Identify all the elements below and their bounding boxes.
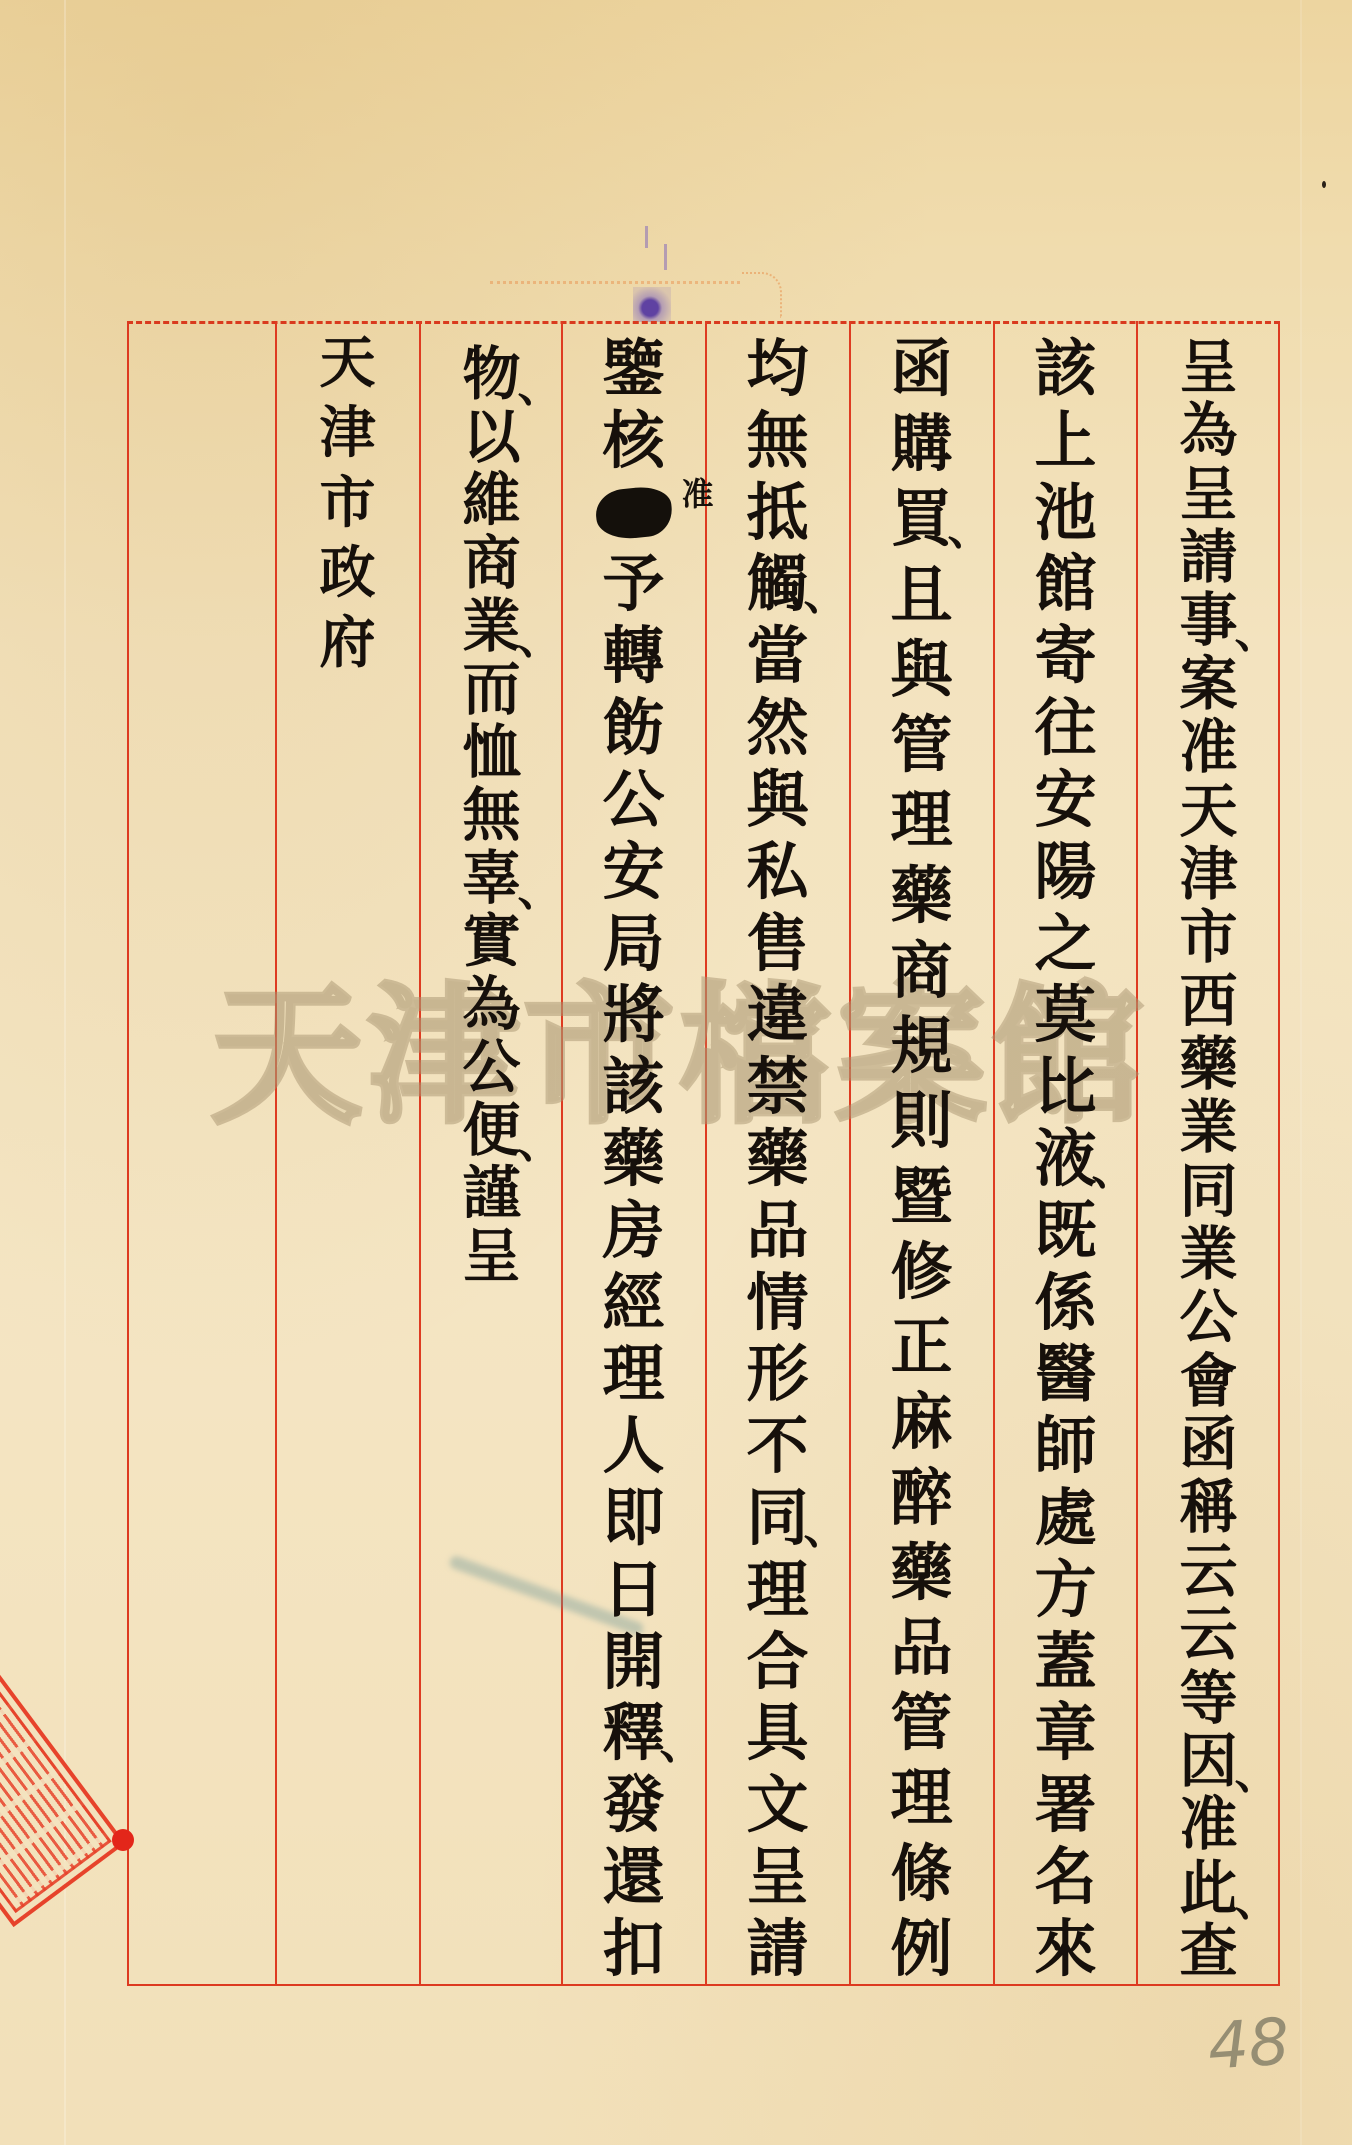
handwritten-character: 府 <box>292 615 404 671</box>
handwritten-character: 無 <box>436 786 548 844</box>
handwritten-character: 私 <box>722 841 834 903</box>
handwritten-character: 與 <box>722 769 834 831</box>
handwritten-character: 藥 <box>722 1128 834 1190</box>
handwritten-character: 會 <box>1153 1352 1265 1410</box>
handwritten-character: 鑒 <box>578 338 690 400</box>
handwritten-character: 呈 <box>436 1227 548 1285</box>
handwritten-character: 售 <box>722 913 834 975</box>
handwritten-character: 市 <box>292 475 404 531</box>
handwritten-character: 天 <box>292 335 404 391</box>
handwritten-character: 業 <box>1153 1225 1265 1283</box>
handwritten-character: 商 <box>436 534 548 592</box>
handwritten-character: 方 <box>1010 1559 1122 1621</box>
handwritten-character: 名 <box>1010 1846 1122 1908</box>
handwritten-character: 業 <box>1153 1098 1265 1156</box>
handwritten-character: 為 <box>436 975 548 1033</box>
violet-stamp-trace <box>664 244 667 270</box>
handwritten-character: 案 <box>1153 655 1265 713</box>
handwritten-character: 准 <box>1153 1795 1265 1853</box>
handwritten-character: 呈 <box>1153 338 1265 396</box>
marginal-correction: 准 <box>682 478 714 510</box>
handwritten-character: 館 <box>1010 553 1122 615</box>
handwritten-character: 正 <box>866 1316 978 1378</box>
handwritten-character: 呈 <box>722 1846 834 1908</box>
handwritten-character: 發 <box>578 1774 690 1836</box>
handwritten-character: 抵 <box>722 482 834 544</box>
handwritten-character: 無 <box>722 410 834 472</box>
punctuation-mark: 、 <box>1092 1148 1136 1192</box>
handwritten-character: 物、 <box>436 345 548 403</box>
handwritten-character: 因、 <box>1153 1732 1265 1790</box>
handwritten-character: 而 <box>436 660 548 718</box>
handwritten-character: 同 <box>1153 1162 1265 1220</box>
handwritten-character: 准 <box>1153 718 1265 776</box>
handwritten-character: 函 <box>1153 1415 1265 1473</box>
document-page: 天津市檔案館 呈為呈請事、案准天津市西藥業同業公會函稱云云等因、准此、查 該上池… <box>0 0 1352 2145</box>
handwritten-character: 局 <box>578 913 690 975</box>
handwritten-character: 具 <box>722 1702 834 1764</box>
handwritten-character: 既 <box>1010 1200 1122 1262</box>
handwritten-character: 池 <box>1010 482 1122 544</box>
handwritten-character: 品 <box>866 1617 978 1679</box>
red-seal-stamp <box>0 1603 126 1927</box>
handwritten-character: 均 <box>722 338 834 400</box>
struck-out-character: 准 <box>578 482 690 544</box>
handwritten-character: 係 <box>1010 1272 1122 1334</box>
handwritten-character: 事、 <box>1153 591 1265 649</box>
handwritten-character: 莫 <box>1010 984 1122 1046</box>
handwritten-character: 請 <box>1153 528 1265 586</box>
punctuation-mark: 、 <box>518 869 562 913</box>
seal-ink-blot <box>112 1829 134 1851</box>
handwritten-character: 開 <box>578 1631 690 1693</box>
handwritten-character: 寄 <box>1010 625 1122 687</box>
handwritten-character: 日 <box>578 1559 690 1621</box>
handwritten-character: 買、 <box>866 488 978 550</box>
handwritten-character: 還 <box>578 1846 690 1908</box>
punctuation-mark: 、 <box>1235 1752 1279 1796</box>
handwritten-character: 理 <box>722 1559 834 1621</box>
handwritten-character: 違 <box>722 984 834 1046</box>
handwritten-character: 釋、 <box>578 1702 690 1764</box>
ink-blot <box>593 484 674 542</box>
handwritten-character: 章 <box>1010 1702 1122 1764</box>
handwritten-character: 來 <box>1010 1918 1122 1980</box>
violet-stamp-mark <box>633 287 671 322</box>
punctuation-mark: 、 <box>1235 611 1279 655</box>
punctuation-mark: 、 <box>804 1507 848 1551</box>
handwritten-character: 人 <box>578 1415 690 1477</box>
handwritten-character: 請 <box>722 1918 834 1980</box>
handwritten-character: 該 <box>1010 338 1122 400</box>
handwritten-character: 天 <box>1153 782 1265 840</box>
handwritten-character: 液、 <box>1010 1128 1122 1190</box>
handwritten-character: 該 <box>578 1056 690 1118</box>
handwritten-character: 藥 <box>578 1128 690 1190</box>
handwritten-character: 理 <box>578 1343 690 1405</box>
handwritten-character: 例 <box>866 1918 978 1980</box>
handwritten-character: 即 <box>578 1487 690 1549</box>
handwritten-character: 津 <box>1153 845 1265 903</box>
handwritten-character: 師 <box>1010 1415 1122 1477</box>
handwritten-character: 蓋 <box>1010 1631 1122 1693</box>
handwritten-character: 云 <box>1153 1542 1265 1600</box>
punctuation-mark: 、 <box>1235 1879 1279 1923</box>
handwritten-character: 管 <box>866 714 978 776</box>
handwritten-character: 商 <box>866 940 978 1002</box>
handwritten-character: 然 <box>722 697 834 759</box>
text-column-4: 均無抵觸、當然與私售違禁藥品情形不同、理合具文呈請 <box>706 338 849 1980</box>
handwritten-character: 觸、 <box>722 553 834 615</box>
handwritten-character: 予 <box>578 553 690 615</box>
handwritten-character: 等 <box>1153 1669 1265 1727</box>
handwritten-character: 呈 <box>1153 465 1265 523</box>
handwritten-character: 購 <box>866 413 978 475</box>
handwritten-character: 禁 <box>722 1056 834 1118</box>
handwritten-character: 則 <box>866 1090 978 1152</box>
handwritten-character: 暨 <box>866 1166 978 1228</box>
page-number: 48 <box>1206 2007 1292 2083</box>
handwritten-character: 比 <box>1010 1056 1122 1118</box>
handwritten-character: 西 <box>1153 972 1265 1030</box>
handwritten-character: 陽 <box>1010 841 1122 903</box>
handwritten-character: 文 <box>722 1774 834 1836</box>
handwritten-character: 經 <box>578 1272 690 1334</box>
paper-fold-line <box>1300 0 1302 2145</box>
handwritten-character: 品 <box>722 1200 834 1262</box>
handwritten-character: 藥 <box>1153 1035 1265 1093</box>
ink-speck <box>1322 181 1326 188</box>
text-column-3: 函購買、且與管理藥商規則暨修正麻醉藥品管理條例 <box>850 338 993 1980</box>
handwritten-character: 上 <box>1010 410 1122 472</box>
handwritten-character: 為 <box>1153 401 1265 459</box>
handwritten-character: 且 <box>866 564 978 626</box>
handwritten-character: 往 <box>1010 697 1122 759</box>
handwritten-character: 合 <box>722 1631 834 1693</box>
handwritten-character: 同、 <box>722 1487 834 1549</box>
handwritten-character: 實 <box>436 912 548 970</box>
handwritten-character: 安 <box>1010 769 1122 831</box>
handwritten-character: 情 <box>722 1272 834 1334</box>
handwritten-character: 政 <box>292 545 404 601</box>
handwritten-character: 麻 <box>866 1391 978 1453</box>
punctuation-mark: 、 <box>518 617 562 661</box>
handwritten-character: 與 <box>866 639 978 701</box>
handwritten-character: 公 <box>578 769 690 831</box>
handwritten-character: 理 <box>866 1767 978 1829</box>
handwritten-character: 形 <box>722 1343 834 1405</box>
handwritten-character: 房 <box>578 1200 690 1262</box>
handwritten-character: 便、 <box>436 1101 548 1159</box>
handwritten-character: 以 <box>436 408 548 466</box>
handwritten-character: 此、 <box>1153 1859 1265 1917</box>
handwritten-character: 藥 <box>866 1542 978 1604</box>
handwritten-character: 云 <box>1153 1605 1265 1663</box>
violet-stamp-trace <box>645 226 648 248</box>
handwritten-character: 轉 <box>578 625 690 687</box>
punctuation-mark: 、 <box>518 365 562 409</box>
punctuation-mark: 、 <box>660 1722 704 1766</box>
handwritten-character: 業、 <box>436 597 548 655</box>
text-column-5: 鑒核 准 予轉飭公安局將該藥房經理人即日開釋、發還扣 <box>562 338 705 1980</box>
handwritten-character: 處 <box>1010 1487 1122 1549</box>
faded-orange-mark <box>490 281 740 284</box>
handwritten-character: 安 <box>578 841 690 903</box>
handwritten-character: 理 <box>866 789 978 851</box>
handwritten-character: 醫 <box>1010 1343 1122 1405</box>
handwritten-character: 恤 <box>436 723 548 781</box>
handwritten-character: 醉 <box>866 1467 978 1529</box>
handwritten-character: 署 <box>1010 1774 1122 1836</box>
handwritten-character: 函 <box>866 338 978 400</box>
handwritten-character: 當 <box>722 625 834 687</box>
faded-orange-mark <box>742 272 782 318</box>
handwritten-character: 扣 <box>578 1918 690 1980</box>
handwritten-character: 核 <box>578 410 690 472</box>
handwritten-character: 市 <box>1153 908 1265 966</box>
addressee-column: 天津市政府 <box>276 335 419 1977</box>
handwritten-character: 之 <box>1010 913 1122 975</box>
handwritten-character: 公 <box>1153 1288 1265 1346</box>
handwritten-character: 稱 <box>1153 1478 1265 1536</box>
handwritten-character: 規 <box>866 1015 978 1077</box>
text-column-2: 該上池館寄往安陽之莫比液、既係醫師處方蓋章署名來 <box>994 338 1137 1980</box>
handwritten-character: 管 <box>866 1692 978 1754</box>
handwritten-character: 修 <box>866 1241 978 1303</box>
text-column-6: 物、以維商業、而恤無辜、實為公便、謹呈 <box>420 345 563 1987</box>
handwritten-character: 將 <box>578 984 690 1046</box>
handwritten-character: 不 <box>722 1415 834 1477</box>
handwritten-character: 謹 <box>436 1164 548 1222</box>
handwritten-character: 辜、 <box>436 849 548 907</box>
punctuation-mark: 、 <box>948 508 992 552</box>
punctuation-mark: 、 <box>804 573 848 617</box>
empty-column <box>127 338 276 1980</box>
punctuation-mark: 、 <box>518 1121 562 1165</box>
handwritten-character: 津 <box>292 405 404 461</box>
handwritten-character: 條 <box>866 1843 978 1905</box>
handwritten-character: 飭 <box>578 697 690 759</box>
handwritten-character: 藥 <box>866 865 978 927</box>
handwritten-character: 維 <box>436 471 548 529</box>
handwritten-character: 公 <box>436 1038 548 1096</box>
text-column-1: 呈為呈請事、案准天津市西藥業同業公會函稱云云等因、准此、查 <box>1137 338 1280 1980</box>
handwritten-character: 查 <box>1153 1922 1265 1980</box>
